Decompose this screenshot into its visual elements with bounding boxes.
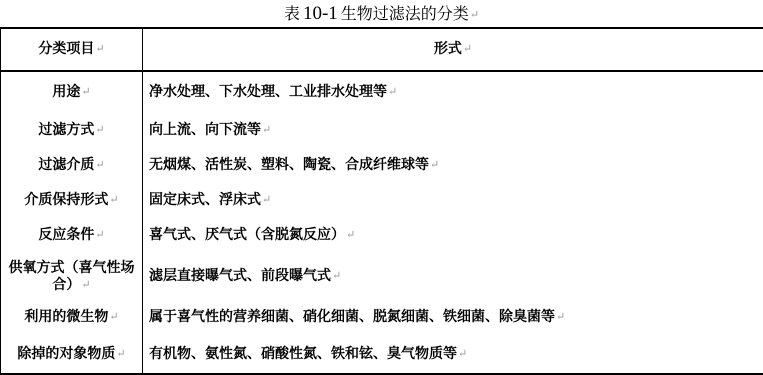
row-label: 除掉的对象物质	[17, 347, 115, 362]
row-label-cell: 除掉的对象物质↵	[1, 335, 143, 373]
row-forms-cell: 固定床式、浮床式↵	[143, 192, 763, 209]
paragraph-mark-icon: ↵	[95, 159, 104, 171]
paragraph-mark-icon: ↵	[332, 270, 341, 282]
row-forms: 属于喜气性的营养细菌、硝化细菌、脱氮细菌、铁细菌、除臭菌等	[149, 310, 555, 325]
paragraph-mark-icon: ↵	[346, 229, 355, 241]
row-forms-cell: 属于喜气性的营养细菌、硝化细菌、脱氮细菌、铁细菌、除臭菌等↵	[143, 309, 763, 326]
row-label-cell: 利用的微生物↵	[1, 300, 143, 335]
row-label: 供氧方式（喜气性场合）	[9, 261, 135, 293]
row-forms: 向上流、向下流等	[149, 123, 261, 138]
paragraph-mark-icon: ↵	[81, 86, 90, 98]
paragraph-mark-icon: ↵	[262, 194, 271, 206]
row-forms-cell: 有机物、氨性氮、硝酸性氮、铁和铉、臭气物质等↵	[143, 346, 763, 363]
row-forms-cell: 净水处理、下水处理、工业排水处理等↵	[143, 84, 763, 101]
row-label: 过滤方式	[38, 123, 94, 138]
table-header-row: 分类项目↵ 形式↵	[1, 29, 763, 72]
paragraph-mark-icon: ↵	[116, 348, 125, 360]
table-title-suffix: 生物过滤法的分类	[341, 6, 469, 23]
table-row: 过滤方式↵ 向上流、向下流等↵	[1, 113, 763, 147]
row-forms: 无烟煤、活性炭、塑料、陶瓷、合成纤维球等	[149, 158, 429, 173]
table-title: 表10-1生物过滤法的分类↵	[0, 0, 763, 27]
row-label-cell: 供氧方式（喜气性场合）↵	[1, 253, 143, 300]
paragraph-mark-icon: ↵	[556, 311, 565, 323]
row-forms: 净水处理、下水处理、工业排水处理等	[149, 85, 387, 100]
header-category-label: 分类项目	[38, 42, 94, 57]
row-label-cell: 用途↵	[1, 72, 143, 113]
row-label-cell: 过滤方式↵	[1, 113, 143, 147]
paragraph-mark-icon: ↵	[109, 311, 118, 323]
paragraph-mark-icon: ↵	[463, 43, 472, 55]
row-label: 介质保持形式	[24, 193, 108, 208]
paragraph-mark-icon: ↵	[95, 124, 104, 136]
paragraph-mark-icon: ↵	[95, 229, 104, 241]
row-label: 反应条件	[38, 228, 94, 243]
document-page: 表10-1生物过滤法的分类↵ 分类项目↵ 形式↵ 用途↵ 净水处理、下水处理、工…	[0, 0, 763, 375]
table-row: 反应条件↵ 喜气式、厌气式（含脱氮反应）↵	[1, 218, 763, 253]
table-row: 用途↵ 净水处理、下水处理、工业排水处理等↵	[1, 72, 763, 113]
row-label-cell: 介质保持形式↵	[1, 183, 143, 218]
row-label: 利用的微生物	[24, 310, 108, 325]
row-forms: 有机物、氨性氮、硝酸性氮、铁和铉、臭气物质等	[149, 347, 457, 362]
header-category-cell: 分类项目↵	[1, 29, 143, 70]
paragraph-mark-icon: ↵	[262, 124, 271, 136]
row-forms: 喜气式、厌气式（含脱氮反应）	[149, 228, 345, 243]
paragraph-mark-icon: ↵	[470, 9, 479, 21]
row-forms: 滤层直接曝气式、前段曝气式	[149, 269, 331, 284]
row-label-cell: 反应条件↵	[1, 218, 143, 253]
row-forms-cell: 向上流、向下流等↵	[143, 122, 763, 139]
row-forms-cell: 滤层直接曝气式、前段曝气式↵	[143, 268, 763, 285]
table-row: 供氧方式（喜气性场合）↵ 滤层直接曝气式、前段曝气式↵	[1, 253, 763, 300]
paragraph-mark-icon: ↵	[95, 43, 104, 55]
table-row: 介质保持形式↵ 固定床式、浮床式↵	[1, 183, 763, 218]
table-title-prefix: 表	[284, 6, 300, 23]
row-label-cell: 过滤介质↵	[1, 147, 143, 183]
table-row: 除掉的对象物质↵ 有机物、氨性氮、硝酸性氮、铁和铉、臭气物质等↵	[1, 335, 763, 373]
row-label: 过滤介质	[38, 158, 94, 173]
header-form-label: 形式	[434, 42, 462, 57]
row-forms: 固定床式、浮床式	[149, 193, 261, 208]
row-label: 用途	[52, 85, 80, 100]
classification-table: 分类项目↵ 形式↵ 用途↵ 净水处理、下水处理、工业排水处理等↵ 过滤方式↵ 向…	[0, 27, 763, 375]
paragraph-mark-icon: ↵	[430, 159, 439, 171]
paragraph-mark-icon: ↵	[81, 279, 90, 291]
row-forms-cell: 无烟煤、活性炭、塑料、陶瓷、合成纤维球等↵	[143, 157, 763, 174]
header-form-cell: 形式↵	[143, 41, 763, 58]
table-row: 过滤介质↵ 无烟煤、活性炭、塑料、陶瓷、合成纤维球等↵	[1, 147, 763, 183]
table-number: 10-1	[300, 3, 341, 24]
paragraph-mark-icon: ↵	[388, 86, 397, 98]
paragraph-mark-icon: ↵	[458, 348, 467, 360]
table-row: 利用的微生物↵ 属于喜气性的营养细菌、硝化细菌、脱氮细菌、铁细菌、除臭菌等↵	[1, 300, 763, 335]
row-forms-cell: 喜气式、厌气式（含脱氮反应）↵	[143, 227, 763, 244]
paragraph-mark-icon: ↵	[109, 194, 118, 206]
